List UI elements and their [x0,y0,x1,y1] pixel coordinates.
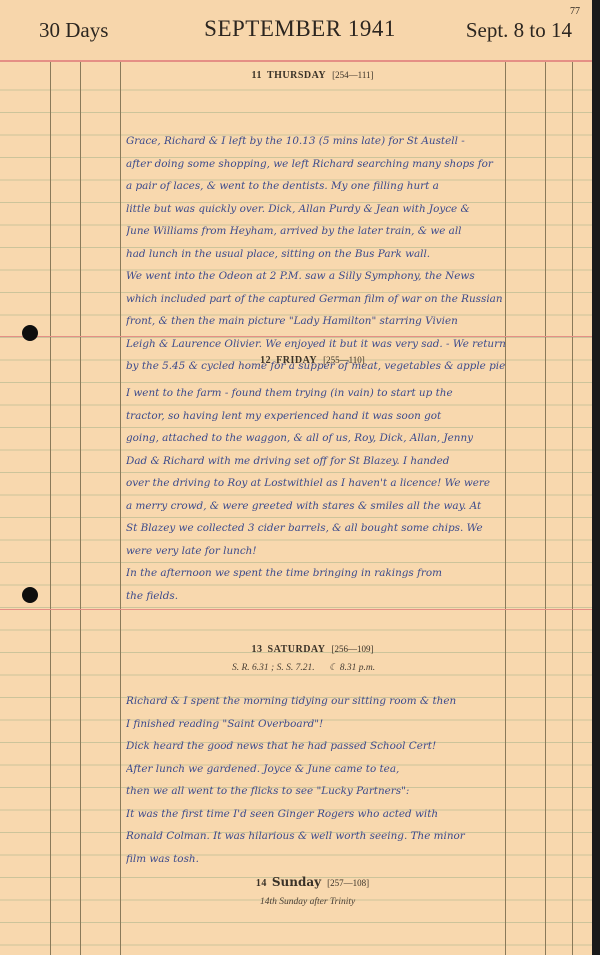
scan-edge [592,0,600,955]
day-heading-friday: 12 FRIDAY[255—110] [120,355,505,366]
observance-label: 14th Sunday after Trinity [260,897,355,907]
page-number: 77 [570,6,580,17]
diary-page: 30 Days SEPTEMBER 1941 Sept. 8 to 14 77 … [0,0,592,955]
margin-line [120,62,121,955]
margin-line [572,62,573,955]
punch-hole [22,325,38,341]
diary-entry-saturday: Richard & I spent the morning tidying ou… [126,690,506,870]
day-divider [0,336,592,337]
sunrise-sunset: S. R. 6.31 ; S. S. 7.21. ☾ 8.31 p.m. [232,662,375,673]
margin-line [545,62,546,955]
day-heading-saturday: 13 SATURDAY[256—109] [120,644,505,655]
diary-entry-friday: I went to the farm - found them trying (… [126,382,506,607]
week-range: Sept. 8 to 14 [466,18,572,43]
day-heading-sunday: 14 Sunday[257—108] [120,875,505,889]
moon-phase: ☾ 8.31 p.m. [329,663,375,673]
margin-line [80,62,81,955]
punch-hole [22,587,38,603]
page-header: 30 Days SEPTEMBER 1941 Sept. 8 to 14 77 [0,0,592,62]
day-divider [0,609,592,610]
day-heading-thursday: 11 THURSDAY[254—111] [120,70,505,81]
margin-line [50,62,51,955]
diary-entry-thursday: Grace, Richard & I left by the 10.13 (5 … [126,130,506,378]
header-rule [0,60,592,62]
